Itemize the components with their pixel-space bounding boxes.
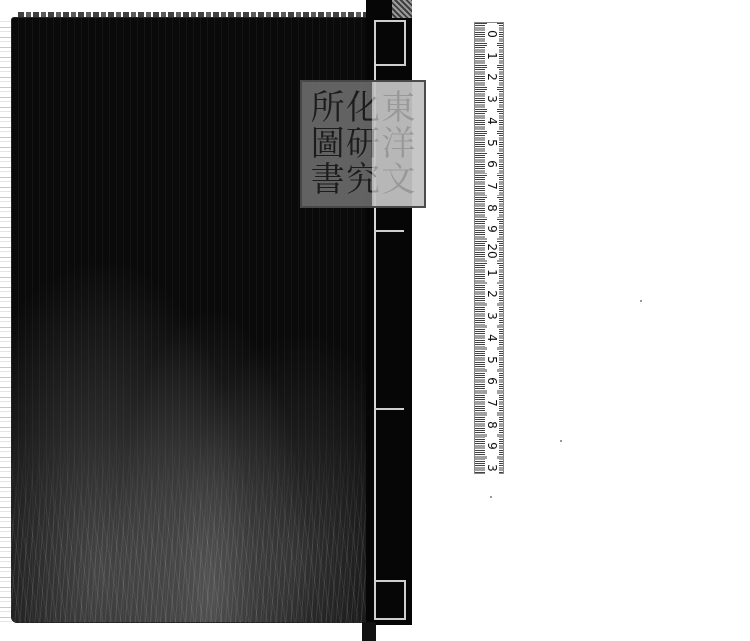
spine-corner-label <box>392 0 412 18</box>
seal-character: 書 <box>310 162 345 198</box>
binding-stitch-top <box>374 20 406 66</box>
seal-character: 東 <box>381 90 416 126</box>
seal-character: 洋 <box>381 126 416 162</box>
seal-character: 所 <box>310 90 345 126</box>
cover-worn-texture <box>11 430 373 623</box>
ruler-label: 4 <box>485 329 499 347</box>
scale-ruler: 0123456789201234567893 <box>474 22 504 474</box>
ruler-label: 1 <box>485 264 499 282</box>
seal-character: 究 <box>345 162 380 198</box>
binding-thread-middle <box>374 232 376 408</box>
ruler-label: 3 <box>485 90 499 108</box>
seal-character: 圖 <box>310 126 345 162</box>
seal-character: 文 <box>381 162 416 198</box>
ruler-label: 6 <box>485 155 499 173</box>
ruler-label: 6 <box>485 372 499 390</box>
ruler-label: 5 <box>485 134 499 152</box>
ruler-label: 5 <box>485 351 499 369</box>
ruler-label: 1 <box>485 47 499 65</box>
ruler-label: 7 <box>485 177 499 195</box>
binding-stitch-cross-2 <box>374 408 404 410</box>
ruler-label: 9 <box>485 437 499 455</box>
ruler-label: 7 <box>485 394 499 412</box>
ruler-label: 4 <box>485 112 499 130</box>
ruler-label: 8 <box>485 416 499 434</box>
dust-speck <box>490 496 492 498</box>
seal-character: 研 <box>345 126 380 162</box>
ruler-label: 8 <box>485 199 499 217</box>
ruler-label: 0 <box>485 25 499 43</box>
binding-thread-lower <box>374 410 376 580</box>
dust-speck <box>560 440 562 442</box>
ruler-label: 2 <box>485 68 499 86</box>
ruler-label: 9 <box>485 220 499 238</box>
ruler-label: 3 <box>485 307 499 325</box>
ruler-label: 2 <box>485 285 499 303</box>
binding-stitch-bottom <box>374 580 406 620</box>
ruler-label: 20 <box>485 242 499 260</box>
dust-speck <box>640 300 642 302</box>
ruler-label: 3 <box>485 459 499 477</box>
spine-bottom-tab <box>362 622 376 641</box>
library-seal-stamp: 東洋文化研究所圖書 <box>300 80 426 208</box>
binding-stitch-cross-1 <box>374 230 404 232</box>
seal-character: 化 <box>345 90 380 126</box>
